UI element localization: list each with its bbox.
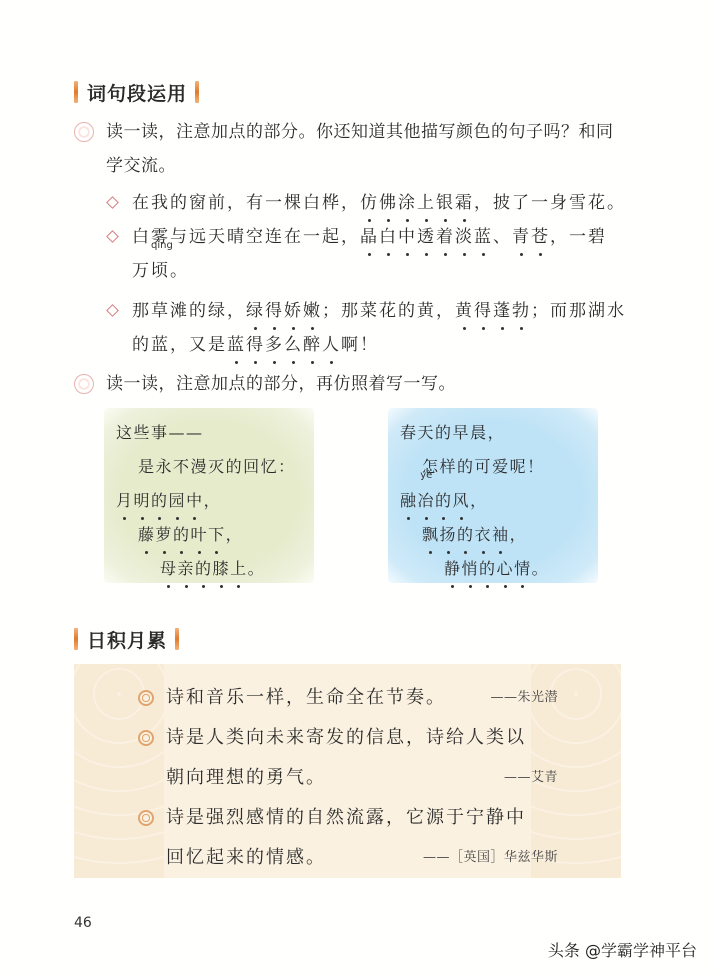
poem-line: 融yě冶的风， (400, 484, 586, 518)
poem-box-left: 这些事——是永不漫灭的回忆：月明的园中，藤萝的叶下，母亲的膝上。 (104, 408, 314, 583)
example-sentence-3: 那草滩的绿，绿得娇嫩；那菜花的黄，黄得蓬勃；而那湖水的蓝，又是蓝得多么醉人啊！ (106, 294, 626, 362)
diamond-bullet-icon (106, 196, 119, 209)
quote-item: 诗和音乐一样，生命全在节奏。——朱光潜 (138, 678, 558, 718)
double-circle-bullet-icon (138, 690, 154, 706)
poem-box-right: 春天的早晨，怎样的可爱呢！融yě冶的风，飘扬的衣袖，静悄的心情。 (388, 408, 598, 583)
section-title-text: 词句段运用 (87, 79, 187, 106)
title-bar-right (175, 628, 179, 650)
quote-author: ——朱光潜 (490, 678, 558, 718)
poem-line: 是永不漫灭的回忆： (116, 450, 302, 484)
poem-line: 飘扬的衣袖， (400, 518, 586, 552)
example-sentences: 在我的窗前，有一棵白桦，仿佛涂上银霜，披了一身雪花。 白雾与远天晴空连在一起，晶… (106, 186, 626, 362)
emphasis-dotted: 蓝得多么醉人 (227, 335, 341, 355)
poem-line: 静悄的心情。 (400, 552, 586, 586)
example-sentence-1: 在我的窗前，有一棵白桦，仿佛涂上银霜，披了一身雪花。 (106, 186, 626, 220)
example-sentence-2: 白雾与远天晴空连在一起，晶白中透着淡蓝、青苍，一碧 万qǐng顷。 (106, 220, 626, 288)
title-bar-left (74, 628, 78, 650)
poem-line: 春天的早晨， (400, 416, 586, 450)
title-bar-right (195, 81, 199, 103)
read-task-icon (74, 122, 94, 142)
title-bar-left (74, 81, 78, 103)
watermark: 头条 @学霸学神平台 (548, 938, 697, 961)
quote-panel: 诗和音乐一样，生命全在节奏。——朱光潜诗是人类向未来寄发的信息，诗给人类以朝向理… (74, 664, 621, 878)
read-task-icon (74, 374, 94, 394)
quote-text: 诗和音乐一样，生命全在节奏。 (166, 678, 446, 718)
diamond-bullet-icon (106, 230, 119, 243)
quote-list: 诗和音乐一样，生命全在节奏。——朱光潜诗是人类向未来寄发的信息，诗给人类以朝向理… (138, 678, 558, 878)
emphasis-dotted: 绿得娇嫩 (246, 301, 322, 321)
poem-line: 这些事—— (116, 416, 302, 450)
pinyin-annotated-char: qǐng顷 (151, 254, 170, 288)
pinyin-annotated-char: yě冶 (418, 484, 436, 518)
diamond-bullet-icon (106, 304, 119, 317)
double-circle-bullet-icon (138, 730, 154, 746)
poem-line: 月明的园中， (116, 484, 302, 518)
emphasis-dotted: 黄得蓬勃 (455, 301, 531, 321)
section-title-text: 日积月累 (87, 626, 167, 653)
quote-item: 诗是人类向未来寄发的信息，诗给人类以朝向理想的勇气。——艾青 (138, 718, 558, 798)
task-instruction: 读一读，注意加点的部分，再仿照着写一写。 (106, 367, 626, 401)
quote-text: 回忆起来的情感。 (166, 838, 326, 878)
section-title-daily-accumulation: 日积月累 (74, 624, 179, 654)
poem-line: 母亲的膝上。 (116, 552, 302, 586)
task-instruction: 读一读，注意加点的部分。你还知道其他描写颜色的句子吗？和同学交流。 (106, 115, 626, 183)
double-circle-bullet-icon (138, 810, 154, 826)
quote-author: ——［英国］华兹华斯 (423, 838, 558, 878)
page-number: 46 (74, 915, 92, 931)
quote-text: 诗是强烈感情的自然流露，它源于宁静中 (166, 798, 526, 838)
emphasis-dotted: 仿佛涂上银霜 (360, 193, 474, 213)
poem-line: 藤萝的叶下， (116, 518, 302, 552)
task-imitate-writing: 读一读，注意加点的部分，再仿照着写一写。 (74, 367, 626, 401)
quote-text: 诗是人类向未来寄发的信息，诗给人类以 (166, 718, 526, 758)
quote-author: ——艾青 (504, 758, 558, 798)
quote-text: 朝向理想的勇气。 (166, 758, 326, 798)
emphasis-dotted: 晶白中透着淡蓝、青苍 (360, 227, 550, 247)
section-title-word-sentence: 词句段运用 (74, 77, 199, 107)
task-read-colors: 读一读，注意加点的部分。你还知道其他描写颜色的句子吗？和同学交流。 (74, 115, 626, 183)
quote-item: 诗是强烈感情的自然流露，它源于宁静中回忆起来的情感。——［英国］华兹华斯 (138, 798, 558, 878)
